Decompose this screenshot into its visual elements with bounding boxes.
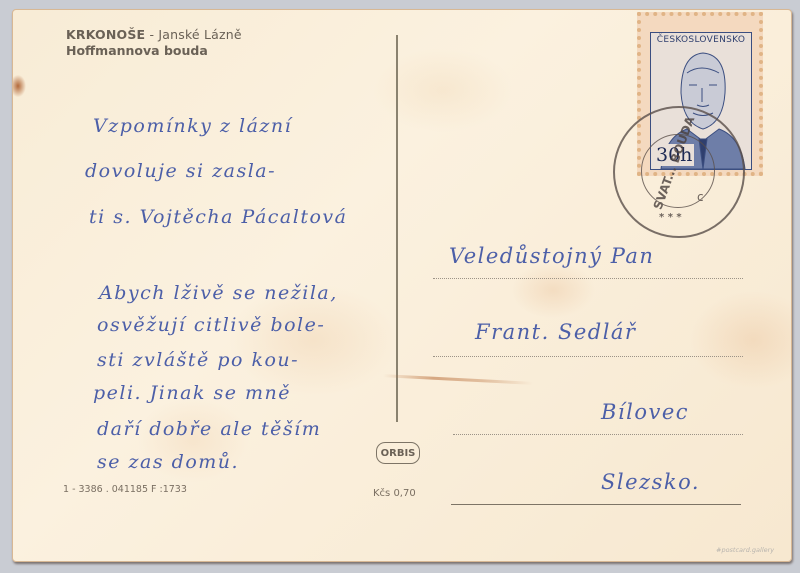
address-rule <box>433 356 743 357</box>
address-rule <box>453 434 743 435</box>
publisher-logo: ORBIS <box>376 442 420 464</box>
message-line: daří dobře ale těším <box>97 418 321 440</box>
print-code: 1 - 3386 . 041185 F :1733 <box>63 484 187 495</box>
place-heading: KRKONOŠE - Janské Lázně <box>66 27 242 42</box>
address-line: Frant. Sedlář <box>475 320 636 344</box>
message-line: ti s. Vojtěcha Pácaltová <box>89 206 347 228</box>
place-separator: - <box>145 27 158 42</box>
postmark-letter: c <box>697 190 704 204</box>
postmark: SVAT... BOUDA c * * * <box>613 106 745 238</box>
postcard-back: KRKONOŠE - Janské Lázně Hoffmannova boud… <box>12 9 792 562</box>
message-line: dovoluje si zasla- <box>85 160 276 182</box>
address-line: Veledůstojný Pan <box>449 244 654 268</box>
place-line2: Hoffmannova bouda <box>66 43 208 58</box>
message-line: osvěžují citlivě bole- <box>97 314 325 336</box>
address-rule <box>451 504 741 505</box>
message-line: sti zvláště po kou- <box>97 349 299 371</box>
address-rule <box>433 278 743 279</box>
place-subtitle: Janské Lázně <box>158 27 241 42</box>
center-divider <box>396 35 398 422</box>
address-line: Slezsko. <box>601 470 700 494</box>
price-label: Kčs 0,70 <box>373 488 416 499</box>
message-line: se zas domů. <box>97 451 239 473</box>
postmark-stars: * * * <box>659 212 682 223</box>
watermark: #postcard.gallery <box>716 546 774 554</box>
crease-mark <box>383 374 533 385</box>
place-title: KRKONOŠE <box>66 27 145 42</box>
address-line: Bílovec <box>601 400 689 424</box>
message-line: peli. Jinak se mně <box>93 382 291 404</box>
message-line: Abych lživě se nežila, <box>99 282 338 304</box>
message-line: Vzpomínky z lázní <box>93 115 292 137</box>
